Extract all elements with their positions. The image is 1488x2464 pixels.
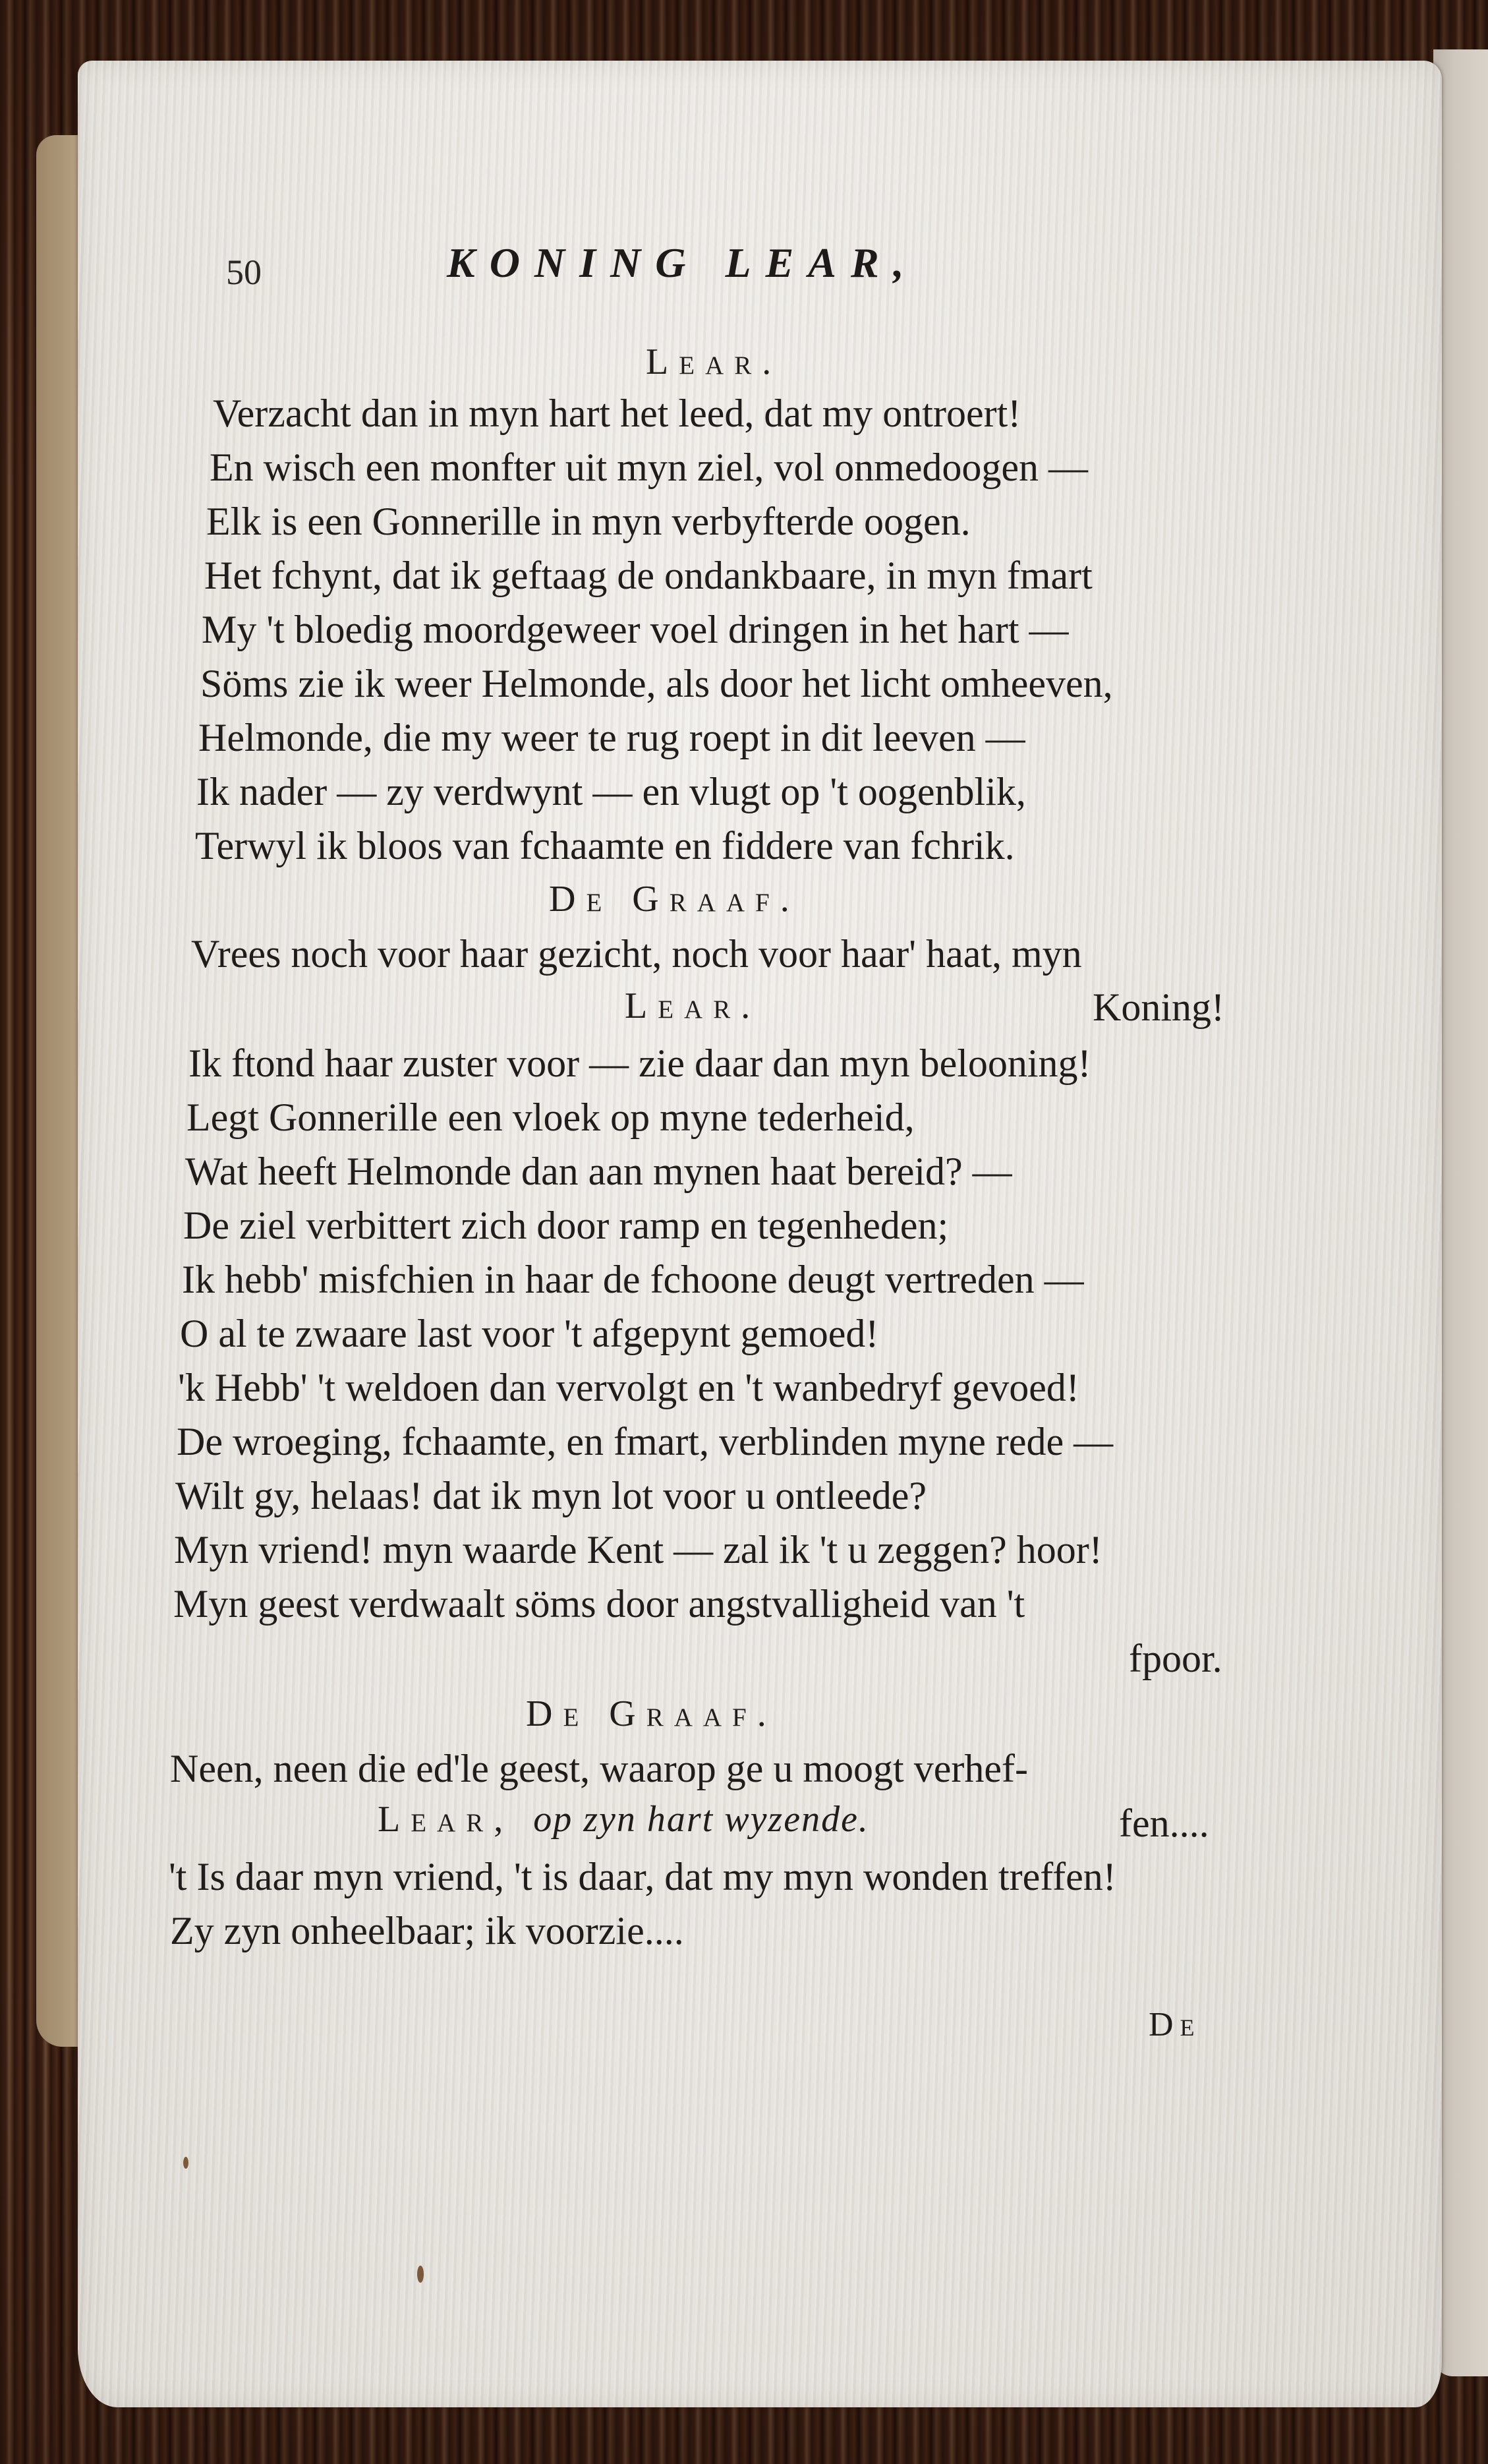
verse-line: 't Is daar myn vriend, 't is daar, dat m… <box>169 1854 1116 1900</box>
verse-line: Vrees noch voor haar gezicht, noch voor … <box>191 931 1082 977</box>
page-text: 50 KONING LEAR, Lear. Verzacht dan in my… <box>78 61 1442 2407</box>
speaker-heading: Lear, op zyn hart wyzende. <box>378 1798 869 1840</box>
verse-line: Myn vriend! myn waarde Kent — zal ik 't … <box>174 1527 1102 1573</box>
verse-line: Neen, neen die ed'le geest, waarop ge u … <box>170 1745 1028 1792</box>
speaker-heading: Lear. <box>625 985 760 1027</box>
verse-line-continuation: fen.... <box>1119 1801 1209 1846</box>
verse-line: Verzacht dan in myn hart het leed, dat m… <box>213 390 1021 436</box>
verse-line: En wisch een monfter uit myn ziel, vol o… <box>210 444 1088 490</box>
verse-line: Terwyl ik bloos van fchaamte en fiddere … <box>195 823 1015 869</box>
verse-line: 'k Hebb' 't weldoen dan vervolgt en 't w… <box>178 1364 1079 1411</box>
verse-line: Ik ftond haar zuster voor — zie daar dan… <box>188 1040 1091 1086</box>
running-title: KONING LEAR, <box>447 239 919 287</box>
paper-speck <box>183 2157 188 2169</box>
stage-direction: op zyn hart wyzende. <box>533 1799 869 1840</box>
verse-line: De ziel verbittert zich door ramp en teg… <box>183 1202 948 1248</box>
book-page: 50 KONING LEAR, Lear. Verzacht dan in my… <box>78 61 1442 2407</box>
verse-line: Myn geest verdwaalt söms door angstvalli… <box>173 1581 1025 1627</box>
verse-line: Ik hebb' misfchien in haar de fchoone de… <box>182 1256 1084 1303</box>
verse-line: Elk is een Gonnerille in myn verbyfterde… <box>206 498 971 544</box>
verse-line-continuation: fpoor. <box>1129 1636 1222 1682</box>
verse-line: O al te zwaare last voor 't afgepynt gem… <box>180 1310 878 1357</box>
verse-line: Het fchynt, dat ik geftaag de ondankbaar… <box>204 552 1093 599</box>
page-number: 50 <box>226 252 262 293</box>
verse-line: De wroeging, fchaamte, en fmart, verblin… <box>177 1419 1113 1465</box>
verse-line: Zy zyn onheelbaar; ik voorzie.... <box>170 1908 684 1954</box>
verse-line-continuation: Koning! <box>1093 985 1224 1030</box>
verse-line: Ik nader — zy verdwynt — en vlugt op 't … <box>196 769 1026 815</box>
verse-line: My 't bloedig moordgeweer voel dringen i… <box>202 606 1069 653</box>
verse-line: Wilt gy, helaas! dat ik myn lot voor u o… <box>175 1473 927 1519</box>
speaker-heading: De Graaf. <box>549 878 800 920</box>
paper-speck <box>417 2266 424 2283</box>
speaker-name: Lear, <box>378 1799 513 1840</box>
speaker-heading: De Graaf. <box>526 1693 777 1735</box>
verse-line: Wat heeft Helmonde dan aan mynen haat be… <box>185 1148 1012 1194</box>
verse-line: Helmonde, die my weer te rug roept in di… <box>198 715 1025 761</box>
verse-line: Söms zie ik weer Helmonde, als door het … <box>200 660 1113 707</box>
running-head: 50 KONING LEAR, <box>78 239 1442 298</box>
catchword: De <box>1149 2005 1201 2044</box>
speaker-heading: Lear. <box>646 341 782 383</box>
verse-line: Legt Gonnerille een vloek op myne tederh… <box>186 1094 915 1140</box>
